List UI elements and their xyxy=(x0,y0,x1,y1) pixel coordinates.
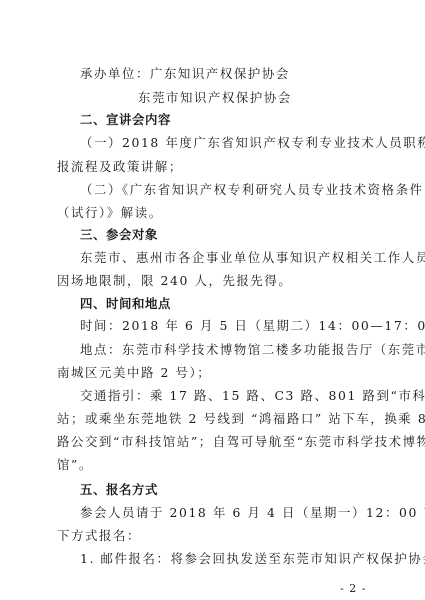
section-heading: 二、宣讲会内容 xyxy=(80,112,171,128)
paragraph-line: （二）《广东省知识产权专利研究人员专业技术资格条件 xyxy=(80,182,424,198)
paragraph-line: （一）2018 年度广东省知识产权专利专业技术人员职称申 xyxy=(80,135,425,151)
paragraph-line: （试行）》解读。 xyxy=(57,205,163,221)
paragraph-line: 东莞市、惠州市各企事业单位从事知识产权相关工作人员， xyxy=(80,250,425,266)
paragraph-line: 下方式报名： xyxy=(57,528,141,544)
paragraph-line: 站；或乘坐东莞地铁 2 号线到 “鸿福路口” 站下车，换乘 801 xyxy=(57,411,425,427)
section-heading: 四、时间和地点 xyxy=(80,296,171,312)
paragraph-line: 南城区元美中路 2 号）； xyxy=(57,365,211,381)
section-heading: 五、报名方式 xyxy=(80,482,158,498)
paragraph-line: 1. 邮件报名：将参会回执发送至东莞市知识产权保护协会 xyxy=(80,551,425,567)
paragraph-line: 路公交到“市科技馆站”；自驾可导航至“东莞市科学技术博物 xyxy=(57,434,425,450)
organizer-line: 承办单位：广东知识产权保护协会 xyxy=(80,66,290,82)
section-heading: 三、参会对象 xyxy=(80,227,158,243)
page-number: - 2 - xyxy=(340,582,366,595)
paragraph-line: 报流程及政策讲解； xyxy=(57,159,183,175)
paragraph-line: 因场地限制，限 240 人，先报先得。 xyxy=(57,273,292,289)
paragraph-line: 交通指引：乘 17 路、15 路、C3 路、801 路到“市科技馆站” xyxy=(80,388,425,404)
document-page: 承办单位：广东知识产权保护协会 东莞市知识产权保护协会 二、宣讲会内容 （一）2… xyxy=(0,0,425,600)
paragraph-line: 时间：2018 年 6 月 5 日（星期二）14：00—17：00； xyxy=(80,318,425,334)
paragraph-line: 地点：东莞市科学技术博物馆二楼多功能报告厅（东莞市 xyxy=(80,342,425,358)
organizer-line-2: 东莞市知识产权保护协会 xyxy=(138,90,292,106)
paragraph-line: 参会人员请于 2018 年 6 月 4 日（星期一）12：00 前通过以 xyxy=(80,505,425,521)
paragraph-line: 馆”。 xyxy=(57,457,93,473)
